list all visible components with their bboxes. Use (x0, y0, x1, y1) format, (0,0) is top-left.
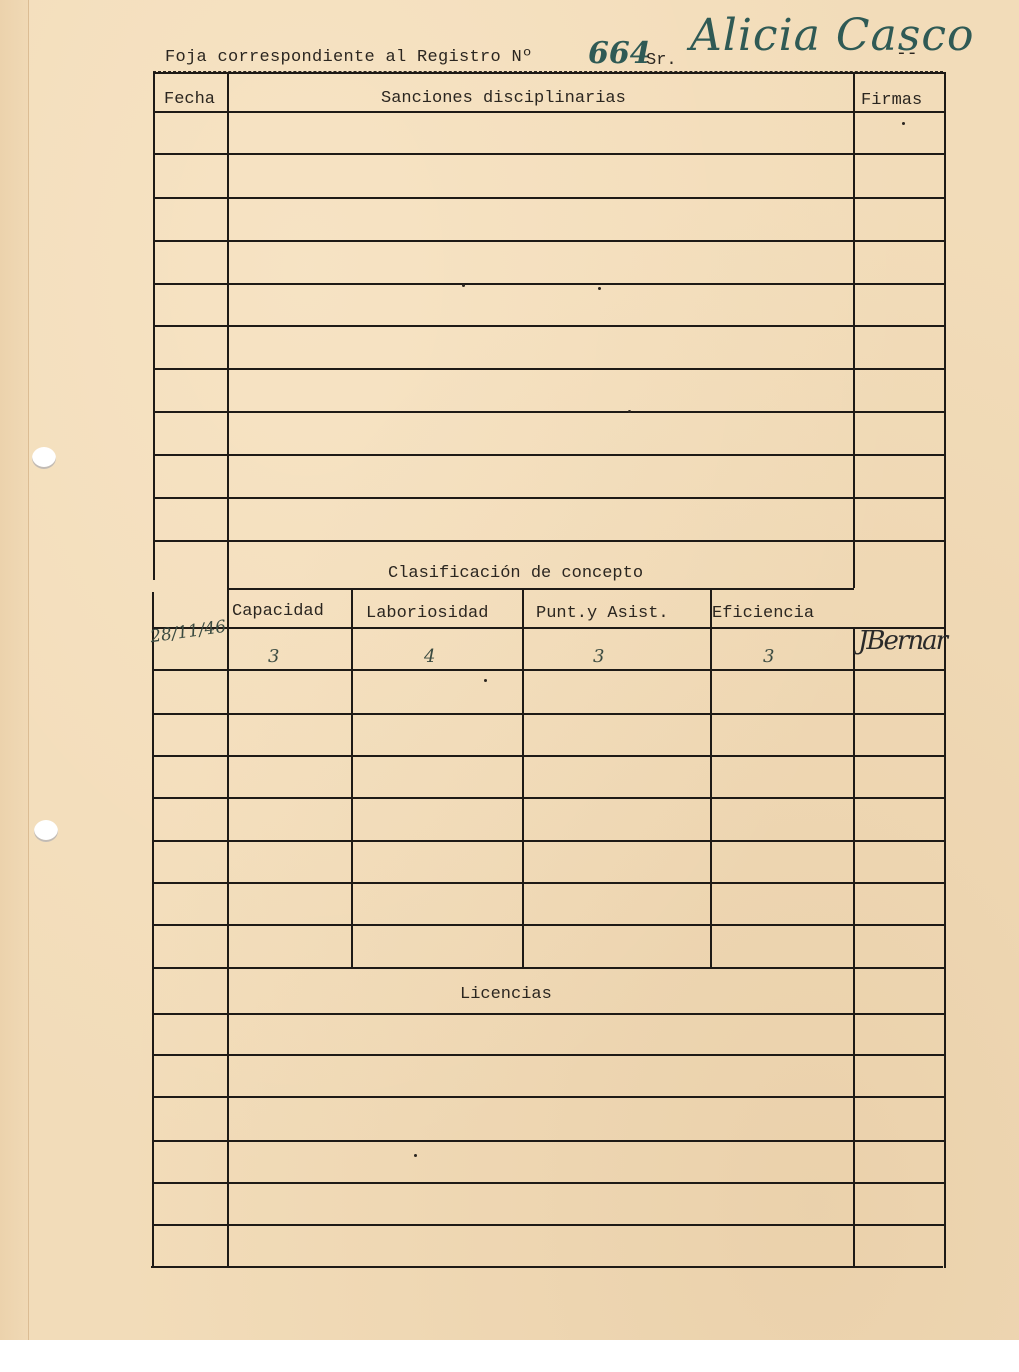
col-header-laboriosidad: Laboriosidad (366, 604, 488, 623)
table-row (153, 882, 945, 884)
punch-hole-icon (32, 447, 56, 469)
capacidad-value: 3 (268, 646, 279, 667)
col-header-sanciones: Sanciones disciplinarias (381, 89, 626, 108)
table-row (153, 540, 945, 542)
table-row (153, 1054, 945, 1056)
table-row (153, 283, 945, 285)
licencias-title: Licencias (460, 985, 552, 1004)
table-row (153, 197, 945, 199)
eficiencia-value: 3 (763, 646, 774, 667)
paper-sheet: Foja correspondiente al Registro Nº 664 … (0, 0, 1019, 1340)
col-header-capacidad: Capacidad (232, 602, 324, 621)
sr-label: Sr. (646, 51, 677, 70)
laboriosidad-value: 4 (424, 646, 435, 667)
table-bottom-border (151, 1266, 943, 1268)
table-row (153, 1224, 945, 1226)
ink-speck (462, 284, 465, 287)
ink-speck (902, 122, 905, 125)
table-row (153, 669, 945, 671)
punch-hole-icon (34, 820, 58, 842)
table-row (153, 368, 945, 370)
clasificacion-title: Clasificación de concepto (388, 564, 643, 583)
col-header-eficiencia: Eficiencia (712, 604, 814, 623)
clasificacion-header-line (153, 627, 945, 629)
table-row (153, 1140, 945, 1142)
ink-speck (484, 679, 487, 682)
table-row (153, 497, 945, 499)
header-prefix: Foja correspondiente al Registro Nº (165, 48, 533, 67)
ink-speck (414, 1154, 417, 1157)
table-row (153, 967, 945, 969)
table-row (153, 755, 945, 757)
employee-name: Alicia Casco (690, 10, 974, 61)
signature: JBernar (858, 626, 946, 656)
sanciones-header-line (153, 111, 945, 113)
col-header-firmas: Firmas (861, 91, 922, 110)
puntualidad-column-divider (710, 588, 712, 968)
header-trailing-dashes: -- (896, 44, 918, 64)
table-top-border (153, 72, 945, 74)
firmas-column-divider-bottom (853, 628, 855, 1268)
table-row (153, 1182, 945, 1184)
laboriosidad-column-divider (522, 588, 524, 968)
licencias-header-line (153, 1013, 945, 1015)
table-row (153, 1096, 945, 1098)
table-left-border-bottom (152, 592, 154, 1268)
table-row (153, 454, 945, 456)
document-header: Foja correspondiente al Registro Nº (165, 48, 533, 67)
table-row (153, 153, 945, 155)
col-header-puntualidad: Punt.y Asist. (536, 604, 669, 623)
firmas-column-divider-top (853, 72, 855, 588)
table-row (153, 797, 945, 799)
clasificacion-row-fecha: 28/11/46 (149, 617, 227, 647)
registro-numero: 664 (588, 36, 651, 71)
puntualidad-value: 3 (593, 646, 604, 667)
col-header-fecha: Fecha (164, 90, 215, 109)
table-row (153, 325, 945, 327)
table-row (153, 411, 945, 413)
table-row (153, 924, 945, 926)
table-row (153, 240, 945, 242)
clasificacion-title-line (227, 588, 854, 590)
capacidad-column-divider (351, 588, 353, 968)
ink-speck (598, 287, 601, 290)
table-row (153, 840, 945, 842)
paper-fold-edge (0, 0, 29, 1340)
table-row (153, 713, 945, 715)
ink-speck (628, 410, 631, 413)
